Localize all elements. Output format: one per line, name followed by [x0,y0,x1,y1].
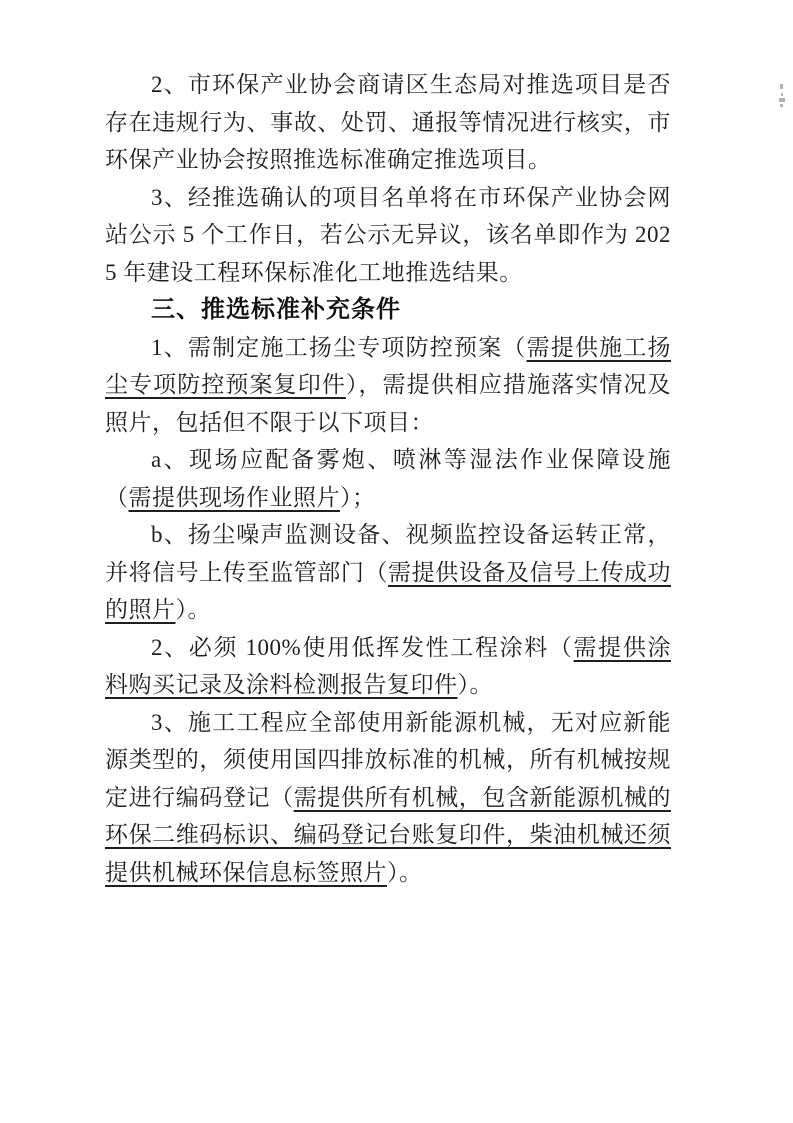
text-segment: 3、经推选确认的项目名单将在市环保产业协会网站公示 5 个工作日，若公示无异议，… [105,185,671,285]
body-paragraph: b、扬尘噪声监测设备、视频监控设备运转正常，并将信号上传至监管部门（需提供设备及… [105,516,671,629]
text-segment: ）。 [176,597,212,622]
scan-artifact [780,84,783,89]
underlined-requirement: 需提供现场作业照片 [129,485,341,510]
body-paragraph: 1、需制定施工扬尘专项防控预案（需提供施工扬尘专项防控预案复印件），需提供相应措… [105,329,671,442]
body-paragraph: a、现场应配备雾炮、喷淋等湿法作业保障设施（需提供现场作业照片）； [105,441,671,516]
body-paragraph: 2、市环保产业协会商请区生态局对推选项目是否存在违规行为、事故、处罚、通报等情况… [105,66,671,179]
document-content: 2、市环保产业协会商请区生态局对推选项目是否存在违规行为、事故、处罚、通报等情况… [105,66,671,891]
scan-artifact [780,104,783,107]
body-paragraph: 2、必须 100%使用低挥发性工程涂料（需提供涂料购买记录及涂料检测报告复印件）… [105,629,671,704]
scan-artifact [781,93,783,96]
body-paragraph: 3、经推选确认的项目名单将在市环保产业协会网站公示 5 个工作日，若公示无异议，… [105,179,671,292]
scanned-document-page: { "page": { "background": "#ffffff", "te… [0,0,793,1123]
scan-artifact [779,98,785,102]
section-heading: 三、推选标准补充条件 [105,291,671,329]
document-page: 2、市环保产业协会商请区生态局对推选项目是否存在违规行为、事故、处罚、通报等情况… [0,0,793,1123]
text-segment: 三、推选标准补充条件 [151,296,401,323]
text-segment: 2、市环保产业协会商请区生态局对推选项目是否存在违规行为、事故、处罚、通报等情况… [105,72,671,172]
text-segment: 1、需制定施工扬尘专项防控预案（ [151,335,527,360]
text-segment: ）。 [458,672,494,697]
text-segment: ）； [340,485,376,510]
body-paragraph: 3、施工工程应全部使用新能源机械，无对应新能源类型的，须使用国四排放标准的机械，… [105,704,671,892]
text-segment: 2、必须 100%使用低挥发性工程涂料（ [151,635,574,660]
text-segment: ）。 [387,860,423,885]
